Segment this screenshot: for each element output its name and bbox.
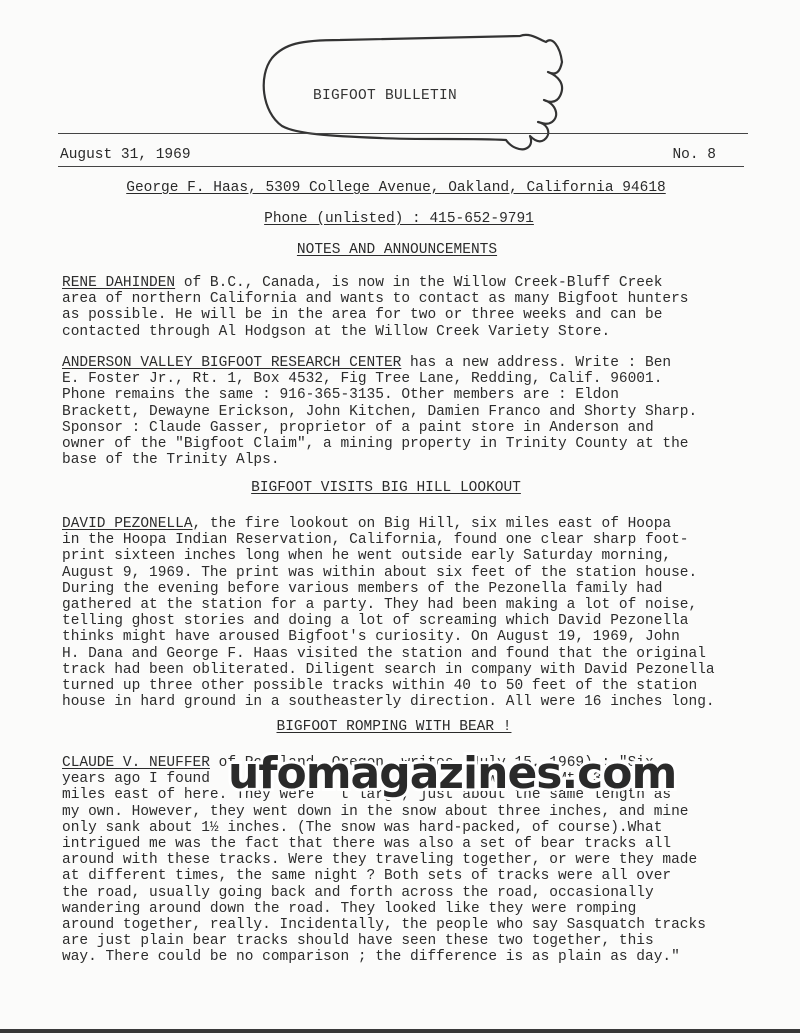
dateline: August 31, 1969 No. 8 [60,147,716,163]
page-edge [0,1029,800,1033]
bulletin-page: BIGFOOT BULLETIN August 31, 1969 No. 8 G… [0,0,800,1033]
publisher-phone: Phone (unlisted) : 415-652-9791 [0,211,800,227]
section-heading: BIGFOOT ROMPING WITH BEAR ! [0,719,800,735]
article-paragraph: RENE DAHINDEN of B.C., Canada, is now in… [62,275,782,340]
section-heading: BIGFOOT VISITS BIG HILL LOOKOUT [0,480,800,496]
article-lead: ANDERSON VALLEY BIGFOOT RESEARCH CENTER [62,355,401,371]
article-paragraph: ANDERSON VALLEY BIGFOOT RESEARCH CENTER … [62,355,782,468]
article-lead: DAVID PEZONELLA [62,516,193,532]
article-lead: RENE DAHINDEN [62,275,175,291]
issue-date: August 31, 1969 [60,147,191,163]
footprint-icon [0,0,800,160]
newsletter-title: BIGFOOT BULLETIN [313,88,457,104]
publisher-address: George F. Haas, 5309 College Avenue, Oak… [0,180,800,196]
divider [58,166,744,167]
issue-number: No. 8 [672,147,716,163]
watermark: ufomagazines.com [228,752,676,796]
article-paragraph: DAVID PEZONELLA, the fire lookout on Big… [62,516,782,710]
divider [58,133,748,134]
section-heading: NOTES AND ANNOUNCEMENTS [0,242,800,258]
article-lead: CLAUDE V. NEUFFER [62,755,210,771]
